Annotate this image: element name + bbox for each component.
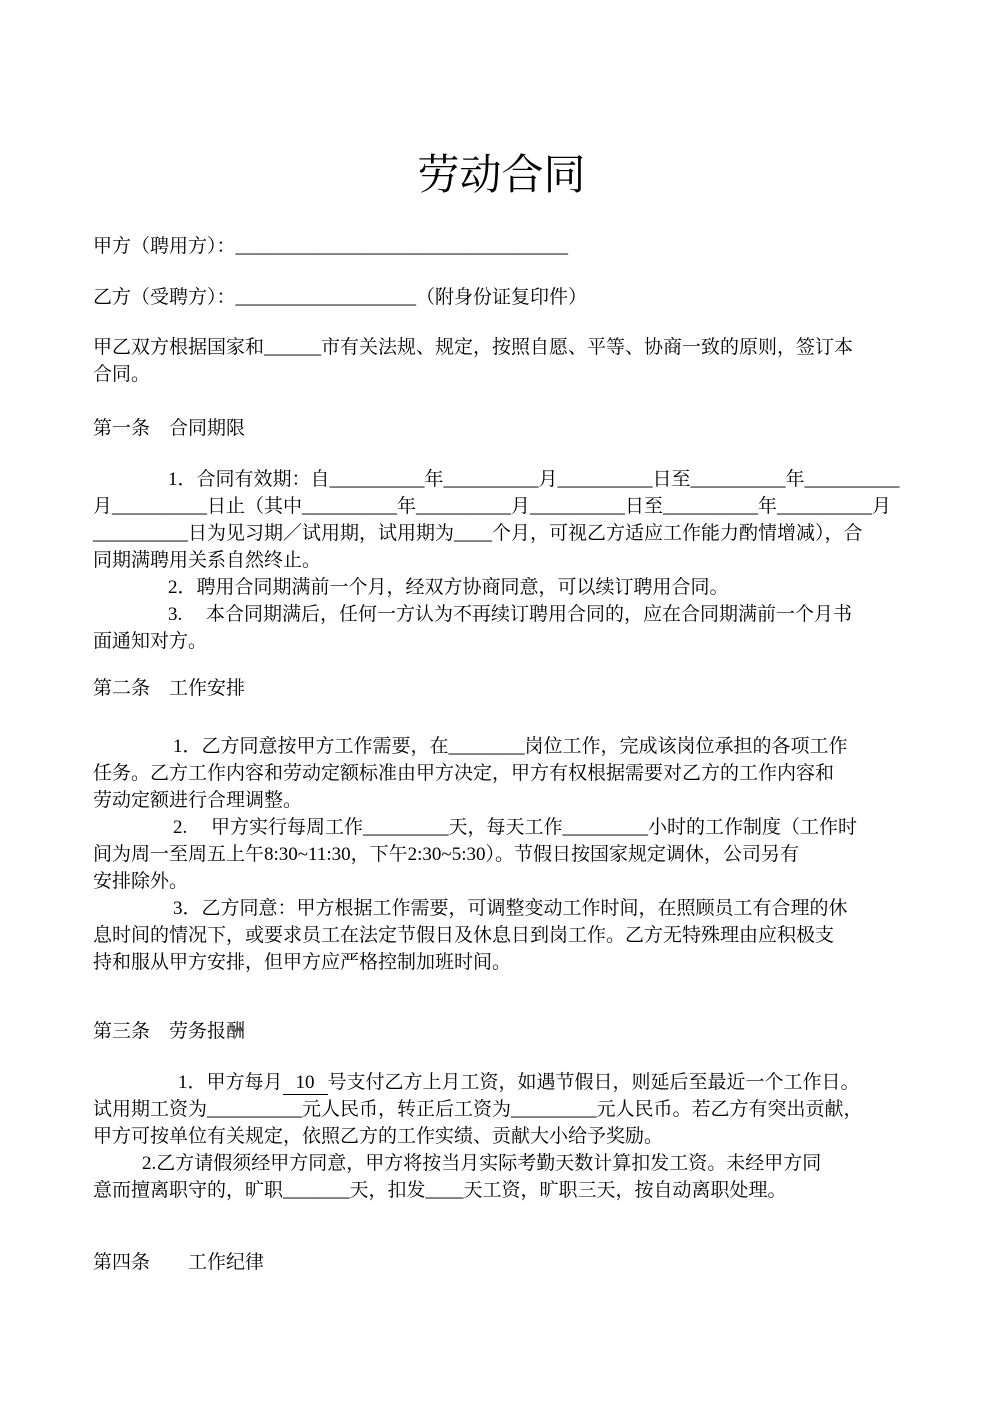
section-1-heading: 第一条 合同期限 [93, 415, 910, 442]
clause-line: 1．合同有效期：自__________年__________月_________… [93, 466, 910, 493]
clause-3-1: 1．甲方每月10号支付乙方上月工资，如遇节假日，则延后至最近一个工作日。 试用期… [93, 1069, 910, 1150]
clause-line: 息时间的情况下，或要求员工在法定节假日及休息日到岗工作。乙方无特殊理由应积极支 [93, 922, 910, 949]
clause-line: 同期满聘用关系自然终止。 [93, 547, 910, 574]
clause-1-2: 2．聘用合同期满前一个月，经双方协商同意，可以续订聘用合同。 [93, 574, 910, 601]
clause-2-2: 2. 甲方实行每周工作_________天，每天工作_________小时的工作… [93, 814, 910, 895]
clause-line: 任务。乙方工作内容和劳动定额标准由甲方决定，甲方有权根据需要对乙方的工作内容和 [93, 760, 910, 787]
clause-2-1: 1．乙方同意按甲方工作需要，在________岗位工作，完成该岗位承担的各项工作… [93, 733, 910, 814]
clause-line: 月__________日止（其中__________年__________月__… [93, 493, 910, 520]
party-b-row: 乙方（受聘方）：___________________（附身份证复印件） [93, 284, 910, 311]
party-b-label: 乙方（受聘方）： [93, 287, 236, 308]
intro-paragraph: 甲乙双方根据国家和______市有关法规、规定，按照自愿、平等、协商一致的原则，… [93, 334, 910, 388]
clause-1-3: 3. 本合同期满后，任何一方认为不再续订聘用合同的，应在合同期满前一个月书 面通… [93, 601, 910, 655]
section-4: 第四条 工作纪律 [93, 1249, 910, 1276]
party-a-label: 甲方（聘用方）： [93, 236, 236, 257]
clause-line: 间为周一至周五上午8:30~11:30，下午2:30~5:30）。节假日按国家规… [93, 841, 910, 868]
section-3: 第三条 劳务报酬 1．甲方每月10号支付乙方上月工资，如遇节假日，则延后至最近一… [93, 1018, 910, 1204]
clause-line: __________日为见习期／试用期，试用期为____个月，可视乙方适应工作能… [93, 520, 910, 547]
clause-line: 持和服从甲方安排，但甲方应严格控制加班时间。 [93, 949, 910, 976]
section-3-heading: 第三条 劳务报酬 [93, 1018, 910, 1045]
pay-day-underlined-value: 10 [283, 1072, 328, 1095]
clause-line: 3. 本合同期满后，任何一方认为不再续订聘用合同的，应在合同期满前一个月书 [93, 601, 910, 628]
intro-line: 甲乙双方根据国家和______市有关法规、规定，按照自愿、平等、协商一致的原则，… [93, 334, 910, 361]
clause-2-3: 3．乙方同意：甲方根据工作需要，可调整变动工作时间，在照顾员工有合理的休 息时间… [93, 895, 910, 976]
section-2: 第二条 工作安排 1．乙方同意按甲方工作需要，在________岗位工作，完成该… [93, 675, 910, 976]
clause-line: 安排除外。 [93, 868, 910, 895]
clause-line: 1．甲方每月10号支付乙方上月工资，如遇节假日，则延后至最近一个工作日。 [93, 1069, 910, 1096]
clause-line: 2．聘用合同期满前一个月，经双方协商同意，可以续订聘用合同。 [93, 574, 910, 601]
party-b-blank-line: ___________________ [236, 287, 417, 308]
contract-document: 劳动合同 甲方（聘用方）：___________________________… [0, 0, 993, 1404]
clause-line: 2.乙方请假须经甲方同意，甲方将按当月实际考勤天数计算扣发工资。未经甲方同 [93, 1150, 910, 1177]
section-2-heading: 第二条 工作安排 [93, 675, 910, 702]
section-1: 第一条 合同期限 1．合同有效期：自__________年__________月… [93, 415, 910, 655]
clause-3-2: 2.乙方请假须经甲方同意，甲方将按当月实际考勤天数计算扣发工资。未经甲方同 意而… [93, 1150, 910, 1204]
contract-title: 劳动合同 [93, 148, 910, 204]
section-4-heading: 第四条 工作纪律 [93, 1249, 910, 1276]
clause-line: 意而擅离职守的，旷职_______天，扣发____天工资，旷职三天，按自动离职处… [93, 1177, 910, 1204]
clause-1-1: 1．合同有效期：自__________年__________月_________… [93, 466, 910, 574]
clause-line: 2. 甲方实行每周工作_________天，每天工作_________小时的工作… [93, 814, 910, 841]
clause-text: 1．甲方每月 [178, 1072, 283, 1093]
clause-line: 甲方可按单位有关规定，依照乙方的工作实绩、贡献大小给予奖励。 [93, 1123, 910, 1150]
clause-line: 试用期工资为__________元人民币，转正后工资为_________元人民币… [93, 1096, 910, 1123]
party-a-blank-line: ___________________________________ [236, 236, 569, 257]
clause-line: 劳动定额进行合理调整。 [93, 787, 910, 814]
clause-line: 面通知对方。 [93, 628, 910, 655]
clause-text: 号支付乙方上月工资，如遇节假日，则延后至最近一个工作日。 [328, 1072, 860, 1093]
party-a-row: 甲方（聘用方）：________________________________… [93, 233, 910, 260]
clause-line: 3．乙方同意：甲方根据工作需要，可调整变动工作时间，在照顾员工有合理的休 [93, 895, 910, 922]
clause-line: 1．乙方同意按甲方工作需要，在________岗位工作，完成该岗位承担的各项工作 [93, 733, 910, 760]
party-b-attachment-note: （附身份证复印件） [416, 287, 587, 308]
intro-line: 合同。 [93, 361, 910, 388]
